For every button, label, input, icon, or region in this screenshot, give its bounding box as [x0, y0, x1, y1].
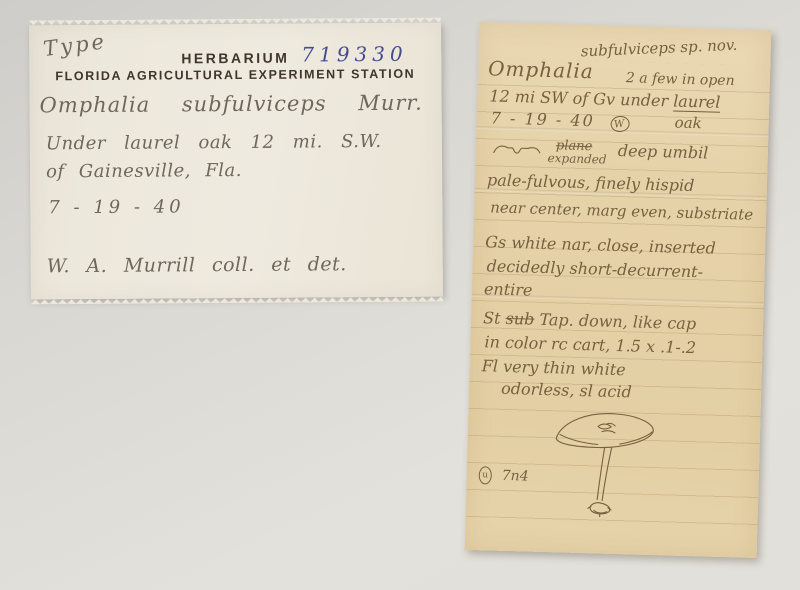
specimen-labels-photo: Type HERBARIUM719330 FLORIDA AGRICULTURA… [0, 0, 800, 590]
species-name-line: Omphalia subfulviceps Murr. [40, 91, 423, 118]
cap-profile-sketch-icon [492, 140, 542, 157]
type-annotation: Type [42, 29, 108, 61]
flesh-line-1: Fl very thin white [482, 356, 626, 379]
species-superscript: subfulviceps sp. nov. [580, 36, 737, 61]
mushroom-sketch [547, 406, 670, 531]
circled-mark-icon: u [479, 466, 492, 484]
habitat-line-1: Under laurel oak 12 mi. S.W. [46, 131, 382, 154]
cap-corrected-word: expanded [547, 151, 606, 167]
abundance-note: 2 a few in open [626, 70, 735, 89]
gills-line-1: Gs white nar, close, inserted [485, 232, 716, 257]
notes-date-line: 7 - 19 - 40W [490, 108, 630, 132]
bottom-mark-line: u7n4 [479, 466, 529, 485]
field-notes-sheet: subfulviceps sp. nov. Omphalia 2 a few i… [465, 22, 772, 558]
gills-line-2: decidedly short-decurrent- [486, 256, 703, 281]
herbarium-header: HERBARIUM719330 [181, 43, 408, 69]
bottom-mark-text: 7n4 [502, 468, 529, 485]
cap-line-2: pale-fulvous, finely hispid [487, 170, 695, 195]
cap-line-1: deep umbil [618, 141, 709, 163]
perforated-edge-bottom [31, 297, 443, 305]
perforated-edge-top [29, 18, 441, 26]
accession-number: 719330 [301, 42, 408, 67]
cap-line-3: near center, marg even, substriate [490, 198, 753, 223]
herbarium-title: HERBARIUM [181, 50, 289, 67]
stipe-line-1: St sub Tap. down, like cap [483, 308, 696, 333]
location-line-2: oak [674, 114, 702, 133]
stipe-line-2: in color rc cart, 1.5 x .1-.2 [484, 332, 696, 357]
herbarium-type-label: Type HERBARIUM719330 FLORIDA AGRICULTURA… [29, 23, 443, 300]
stipe-struck-word: sub [505, 309, 534, 329]
underlined-word: laurel [673, 91, 721, 112]
collector-monogram: W [610, 115, 631, 133]
gills-line-3: entire [484, 279, 533, 299]
flesh-line-2: odorless, sl acid [501, 379, 632, 402]
genus-line: Omphalia [488, 56, 594, 83]
collector-line: W. A. Murrill coll. et det. [47, 253, 347, 277]
location-line: 12 mi SW of Gv under laurel [489, 86, 721, 111]
collection-date: 7 - 19 - 40 [48, 196, 184, 218]
habitat-line-2: of Gainesville, Fla. [46, 160, 242, 182]
institution-name: FLORIDA AGRICULTURAL EXPERIMENT STATION [55, 67, 415, 84]
